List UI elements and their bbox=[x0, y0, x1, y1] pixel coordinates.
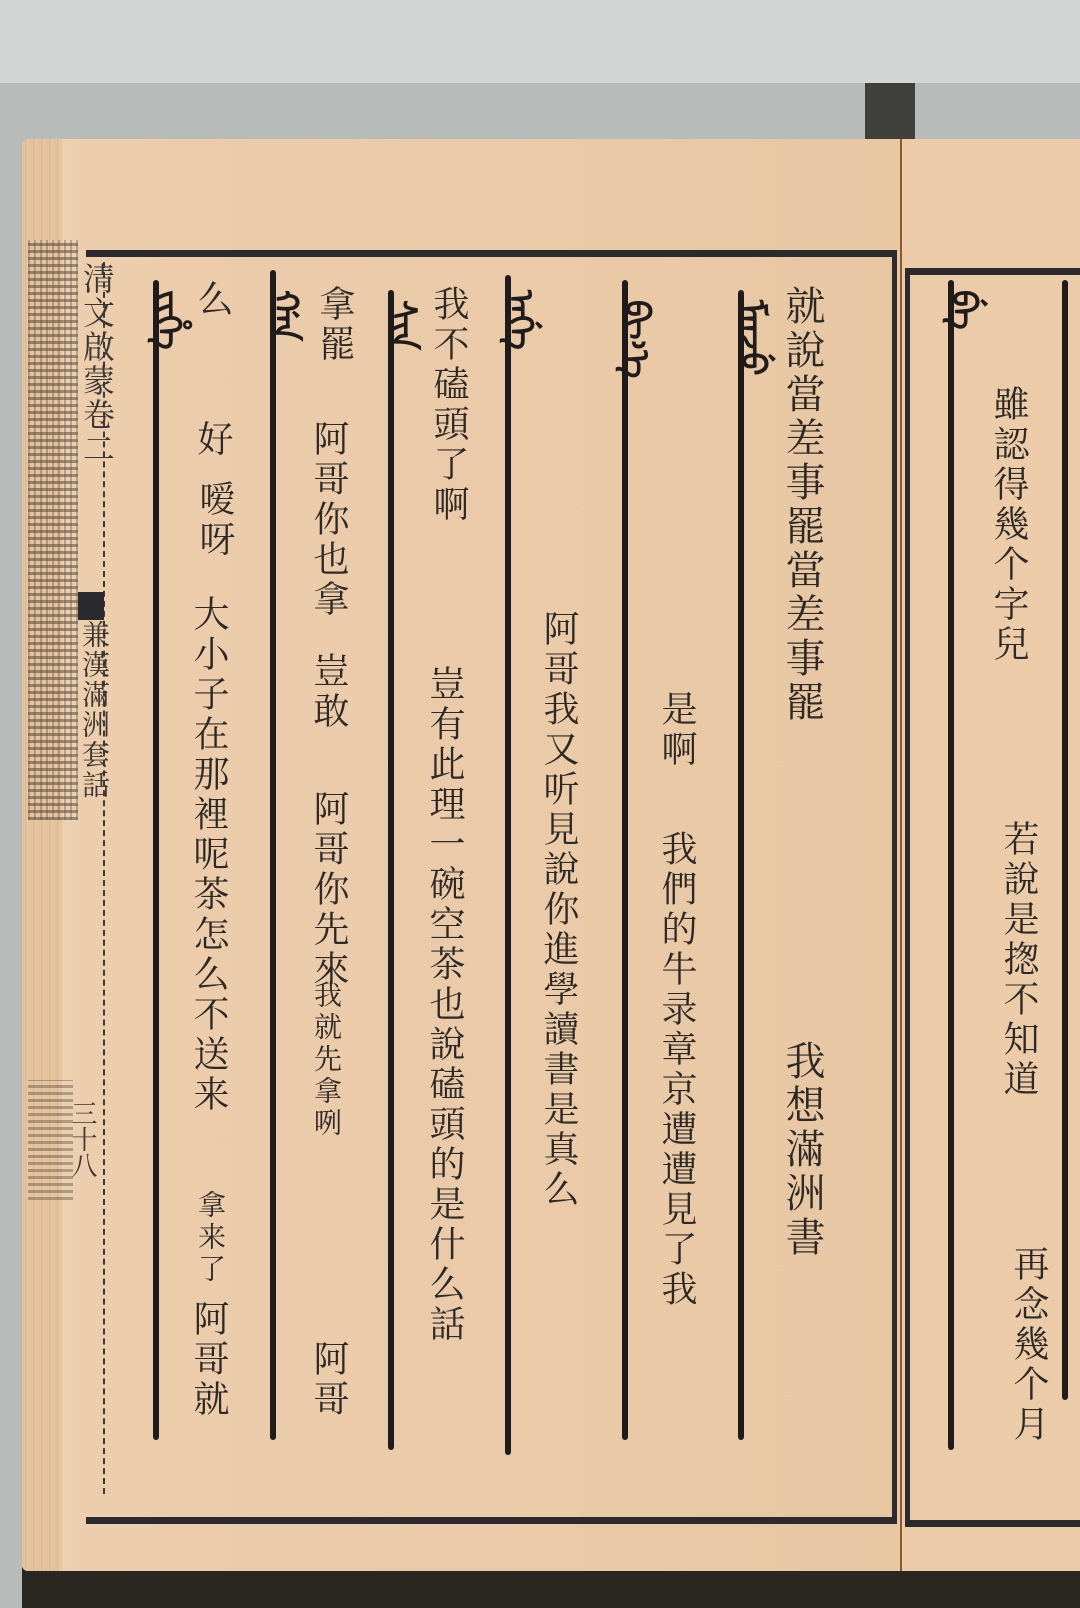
manchu-column bbox=[153, 280, 159, 1440]
chinese-column: 若說是揔不知道 bbox=[1000, 820, 1036, 1100]
chinese-column: 我想滿洲書 bbox=[782, 1040, 822, 1260]
chinese-column: 拿来了 bbox=[196, 1190, 224, 1286]
chinese-column: 我不磕頭了啊 bbox=[430, 285, 466, 525]
manchu-glyphs: ᠪᡝ bbox=[933, 290, 993, 330]
chinese-column: 拿罷 bbox=[316, 285, 352, 365]
manchu-column bbox=[270, 270, 276, 1440]
margin-page-number: 三十八 bbox=[64, 1100, 101, 1178]
margin-fishtail-mark bbox=[78, 592, 104, 620]
chinese-column: 豈有此理一碗空茶也說磕頭的是什么話 bbox=[426, 665, 462, 1345]
chinese-column: 好 bbox=[194, 420, 230, 460]
top-bar bbox=[0, 0, 1080, 83]
manchu-glyphs: ᠪᡳ᠈ᡝ bbox=[606, 300, 666, 378]
manchu-column bbox=[388, 290, 394, 1450]
manchu-column bbox=[738, 290, 744, 1440]
chinese-column: 豈敢 bbox=[310, 652, 346, 732]
chinese-column: 阿哥你也拿 bbox=[310, 420, 346, 620]
chinese-column: 阿哥我又听見說你進學讀書是真么 bbox=[540, 610, 576, 1210]
margin-book-title: 清文啟蒙卷二 bbox=[74, 262, 120, 466]
chinese-column: 我就先拿咧 bbox=[312, 980, 340, 1140]
chinese-column: 阿哥 bbox=[310, 1340, 346, 1420]
manchu-glyphs: ᡤᠠᠨ bbox=[255, 290, 315, 341]
margin-section-title: 兼漢滿洲套話 bbox=[74, 620, 114, 800]
chinese-column: 么 bbox=[194, 280, 230, 320]
chinese-column: 就說當差事罷當差事罷 bbox=[782, 285, 822, 725]
chinese-column: 阿哥就 bbox=[190, 1300, 226, 1420]
chinese-column: 我們的牛录章京遭遭見了我 bbox=[658, 830, 694, 1310]
book-spine-tab bbox=[865, 83, 915, 140]
chinese-column: 阿哥你先來 bbox=[310, 790, 346, 990]
chinese-column: 雖認得幾个字兒 bbox=[990, 385, 1026, 665]
manchu-glyphs: ᠮᠠᠨᠵᡠ bbox=[722, 300, 782, 376]
chinese-column: 是啊 bbox=[658, 690, 694, 770]
manchu-glyphs: ᠵᡳᡥᡝ bbox=[138, 290, 198, 350]
manchu-column bbox=[1062, 280, 1068, 1400]
chinese-column: 大小子在那裡呢茶怎么不送来 bbox=[190, 595, 226, 1115]
manchu-column bbox=[505, 275, 511, 1455]
manchu-column bbox=[948, 280, 954, 1450]
ink-bleed-through bbox=[28, 240, 78, 820]
manchu-glyphs: ᠰᡳᠨ bbox=[373, 300, 433, 350]
manchu-column bbox=[622, 280, 628, 1440]
chinese-column: 嗳呀 bbox=[196, 480, 232, 560]
manchu-glyphs: ᠠᡤᡝ bbox=[490, 290, 550, 350]
chinese-column: 再念幾个月 bbox=[1010, 1245, 1046, 1445]
